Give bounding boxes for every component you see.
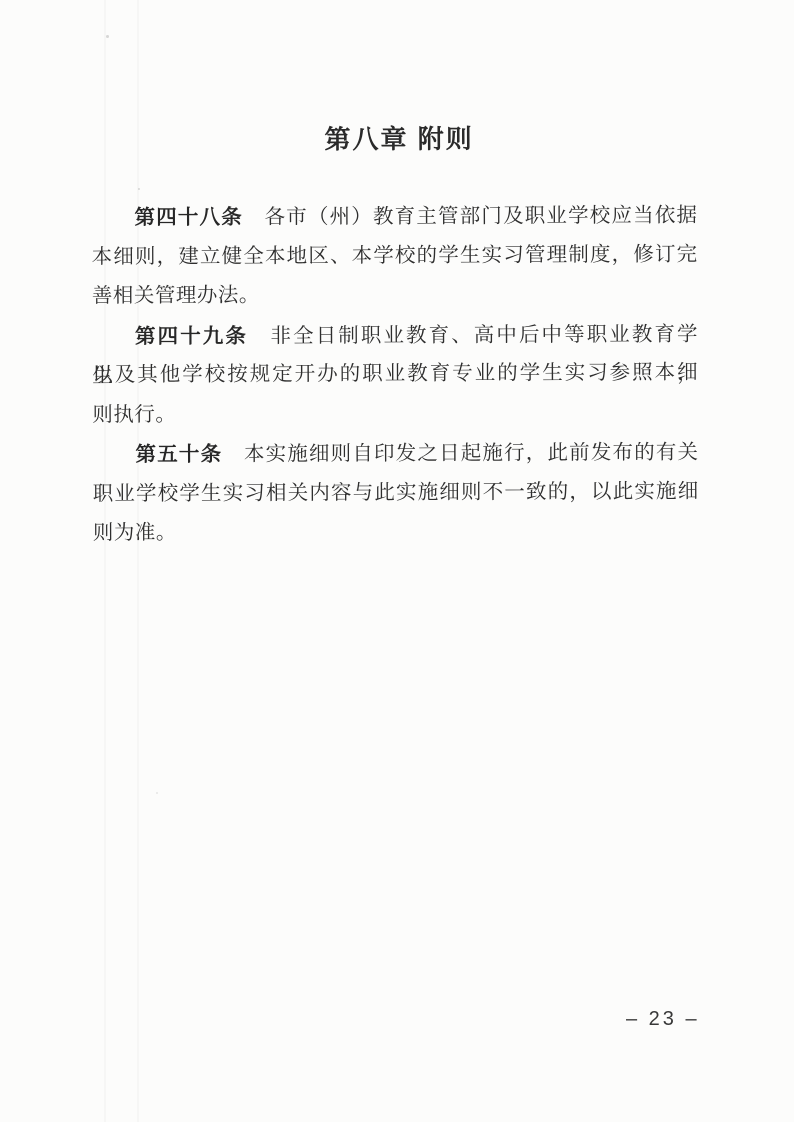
article-text: 各市（州）教育主管部门及职业学校应当依据 — [243, 205, 698, 229]
text-line: 第四十八条 各市（州）教育主管部门及职业学校应当依据 — [91, 196, 697, 238]
article-text: 本实施细则自印发之日起施行，此前发布的有关 — [222, 442, 698, 466]
page-number: – 23 – — [626, 1008, 700, 1031]
article-49-paragraph: 第四十九条 非全日制职业教育、高中后中等职业教育学生， 以及其他学校按规定开办的… — [92, 314, 699, 435]
article-number: 第四十八条 — [134, 206, 243, 229]
article-48-paragraph: 第四十八条 各市（州）教育主管部门及职业学校应当依据 本细则，建立健全本地区、本… — [91, 196, 698, 317]
text-line: 第四十九条 非全日制职业教育、高中后中等职业教育学生， — [92, 314, 698, 356]
document-page: 第八章 附则 第四十八条 各市（州）教育主管部门及职业学校应当依据 本细则，建立… — [0, 0, 794, 1122]
scan-artifact-speck — [106, 35, 109, 38]
article-50-paragraph: 第五十条 本实施细则自印发之日起施行，此前发布的有关 职业学校学生实习相关内容与… — [92, 433, 699, 554]
text-line: 职业学校学生实习相关内容与此实施细则不一致的，以此实施细 — [93, 472, 699, 514]
article-number: 第五十条 — [135, 443, 222, 466]
scan-artifact-speck — [156, 792, 158, 794]
chapter-heading: 第八章 附则 — [91, 119, 697, 161]
article-number: 第四十九条 — [135, 324, 248, 347]
page-content: 第八章 附则 第四十八条 各市（州）教育主管部门及职业学校应当依据 本细则，建立… — [91, 119, 699, 554]
text-line: 以及其他学校按规定开办的职业教育专业的学生实习参照本细 — [92, 354, 698, 396]
text-line: 第五十条 本实施细则自印发之日起施行，此前发布的有关 — [92, 433, 698, 475]
text-line: 善相关管理办法。 — [92, 275, 698, 317]
text-line: 本细则，建立健全本地区、本学校的学生实习管理制度，修订完 — [92, 235, 698, 277]
text-line: 则执行。 — [92, 393, 698, 435]
text-line: 则为准。 — [93, 512, 699, 554]
